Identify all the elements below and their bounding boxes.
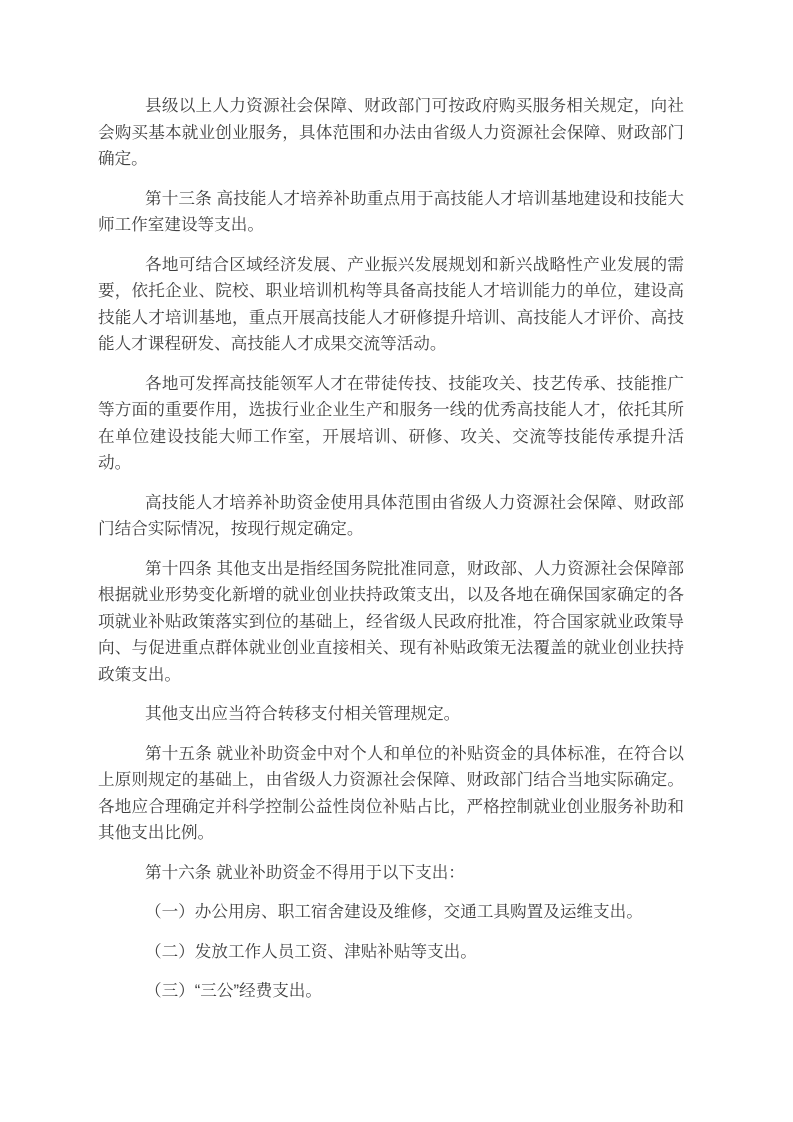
paragraph-master-studios: 各地可发挥高技能领军人才在带徒传技、技能攻关、技艺传承、技能推广等方面的重要作用… [98, 371, 684, 477]
paragraph-purchase-services: 县级以上人力资源社会保障、财政部门可按政府购买服务相关规定，向社会购买基本就业创… [98, 93, 684, 173]
list-item-1: （一）办公用房、职工宿舍建设及维修，交通工具购置及运维支出。 [98, 899, 684, 926]
paragraph-article-13: 第十三条 高技能人才培养补助重点用于高技能人才培训基地建设和技能大师工作室建设等… [98, 186, 684, 239]
paragraph-article-16: 第十六条 就业补助资金不得用于以下支出： [98, 860, 684, 887]
paragraph-article-15: 第十五条 就业补助资金中对个人和单位的补贴资金的具体标准，在符合以上原则规定的基… [98, 741, 684, 847]
paragraph-subsidy-scope: 高技能人才培养补助资金使用具体范围由省级人力资源社会保障、财政部门结合实际情况，… [98, 490, 684, 543]
paragraph-training-bases: 各地可结合区域经济发展、产业振兴发展规划和新兴战略性产业发展的需要，依托企业、院… [98, 252, 684, 358]
document-page: 县级以上人力资源社会保障、财政部门可按政府购买服务相关规定，向社会购买基本就业创… [0, 0, 793, 1122]
paragraph-article-14: 第十四条 其他支出是指经国务院批准同意，财政部、人力资源社会保障部根据就业形势变… [98, 556, 684, 689]
list-item-3: （三）“三公”经费支出。 [98, 978, 684, 1005]
list-item-2: （二）发放工作人员工资、津贴补贴等支出。 [98, 939, 684, 966]
paragraph-transfer-payment: 其他支出应当符合转移支付相关管理规定。 [98, 701, 684, 728]
